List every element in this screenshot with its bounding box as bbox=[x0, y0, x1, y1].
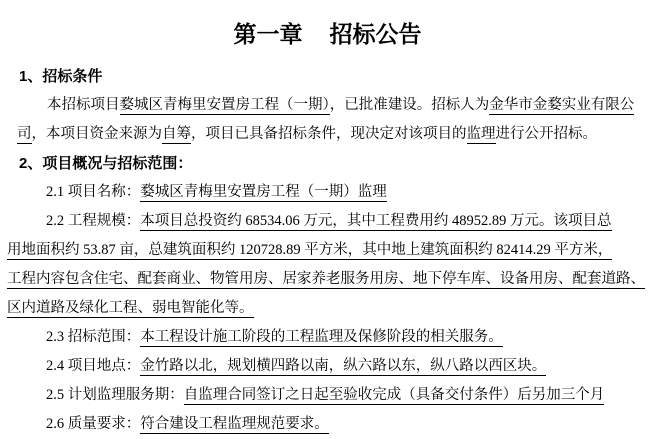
section-1-heading-text: 1、招标条件 bbox=[19, 68, 102, 85]
item-label: 2.6 质量要求： bbox=[46, 416, 140, 432]
item-value-underlined: 本工程设计施工阶段的工程监理及保修阶段的相关服务。 bbox=[140, 329, 503, 347]
item-2-2-project-scale: 2.2 工程规模：本项目总投资约 68534.06 万元，其中工程费用约 489… bbox=[0, 207, 655, 236]
section-2-heading-text: 2、项目概况与招标范围： bbox=[19, 155, 192, 172]
item-2-5-service-period: 2.5 计划监理服务期：自监理合同签订之日起至验收完成（具备交付条件）后另加三个… bbox=[0, 381, 655, 410]
chapter-title: 第一章招标公告 bbox=[0, 0, 655, 50]
item-label: 2.1 项目名称： bbox=[46, 184, 140, 200]
section-2-heading: 2、项目概况与招标范围： bbox=[0, 149, 655, 178]
item-value-underlined: 用地面积约 53.87 亩，总建筑面积约 120728.89 平方米，其中地上建… bbox=[7, 242, 612, 260]
item-2-2-continuation-line-2: 工程内容包含住宅、配套商业、物管用房、居家养老服务用房、地下停车库、设备用房、配… bbox=[0, 265, 655, 294]
item-label: 2.4 项目地点： bbox=[46, 358, 140, 374]
item-2-2-continuation-line-1: 用地面积约 53.87 亩，总建筑面积约 120728.89 平方米，其中地上建… bbox=[0, 236, 655, 265]
item-value-underlined: 符合建设工程监理规范要求。 bbox=[140, 416, 329, 434]
text-run: 进行公开招标。 bbox=[496, 126, 598, 142]
document-page: 第一章招标公告 1、招标条件 本招标项目婺城区青梅里安置房工程（一期），已批准建… bbox=[0, 0, 655, 439]
bid-conditions-paragraph-line-2: 司，本项目资金来源为自筹，项目已具备招标条件，现决定对该项目的监理进行公开招标。 bbox=[0, 120, 655, 149]
item-label: 2.3 招标范围： bbox=[46, 329, 140, 345]
item-value-underlined: 自监理合同签订之日起至验收完成（具备交付条件）后另加三个月 bbox=[184, 387, 605, 405]
item-2-1-project-name: 2.1 项目名称：婺城区青梅里安置房工程（一期）监理 bbox=[0, 178, 655, 207]
chapter-name: 招标公告 bbox=[330, 22, 422, 47]
section-1-heading: 1、招标条件 bbox=[0, 62, 655, 91]
item-value-underlined: 区内道路及绿化工程、弱电智能化等。 bbox=[7, 300, 254, 318]
supervision-underlined: 监理 bbox=[467, 126, 496, 144]
chapter-number: 第一章 bbox=[234, 22, 303, 47]
bid-conditions-paragraph-line-1: 本招标项目婺城区青梅里安置房工程（一期），已批准建设。招标人为金华市金婺实业有限… bbox=[0, 91, 655, 120]
item-value-underlined: 金竹路以北，规划横四路以南，纵六路以东，纵八路以西区块。 bbox=[140, 358, 546, 376]
tenderer-name-underlined: 金华市金婺实业有限公 bbox=[489, 97, 634, 115]
funding-source-underlined: 自筹 bbox=[162, 126, 191, 144]
text-run: ，项目已具备招标条件，现决定对该项目的 bbox=[191, 126, 467, 142]
tenderer-name-continued-underlined: 司 bbox=[17, 126, 32, 144]
item-2-2-continuation-line-3: 区内道路及绿化工程、弱电智能化等。 bbox=[0, 294, 655, 323]
item-2-4-project-location: 2.4 项目地点：金竹路以北，规划横四路以南，纵六路以东，纵八路以西区块。 bbox=[0, 352, 655, 381]
item-label: 2.2 工程规模： bbox=[46, 213, 140, 229]
item-label: 2.5 计划监理服务期： bbox=[46, 387, 184, 403]
item-2-6-quality-requirement: 2.6 质量要求：符合建设工程监理规范要求。 bbox=[0, 410, 655, 439]
item-2-3-bid-scope: 2.3 招标范围：本工程设计施工阶段的工程监理及保修阶段的相关服务。 bbox=[0, 323, 655, 352]
item-value-underlined: 本项目总投资约 68534.06 万元，其中工程费用约 48952.89 万元。… bbox=[140, 213, 611, 231]
text-run: ，已批准建设。招标人为 bbox=[330, 97, 490, 113]
item-value-underlined: 工程内容包含住宅、配套商业、物管用房、居家养老服务用房、地下停车库、设备用房、配… bbox=[7, 271, 645, 289]
text-run: ，本项目资金来源为 bbox=[32, 126, 163, 142]
document-body: 1、招标条件 本招标项目婺城区青梅里安置房工程（一期），已批准建设。招标人为金华… bbox=[0, 62, 655, 439]
text-run: 本招标项目 bbox=[47, 97, 120, 113]
project-name-underlined: 婺城区青梅里安置房工程（一期） bbox=[120, 97, 330, 115]
item-value-underlined: 婺城区青梅里安置房工程（一期）监理 bbox=[140, 184, 387, 202]
